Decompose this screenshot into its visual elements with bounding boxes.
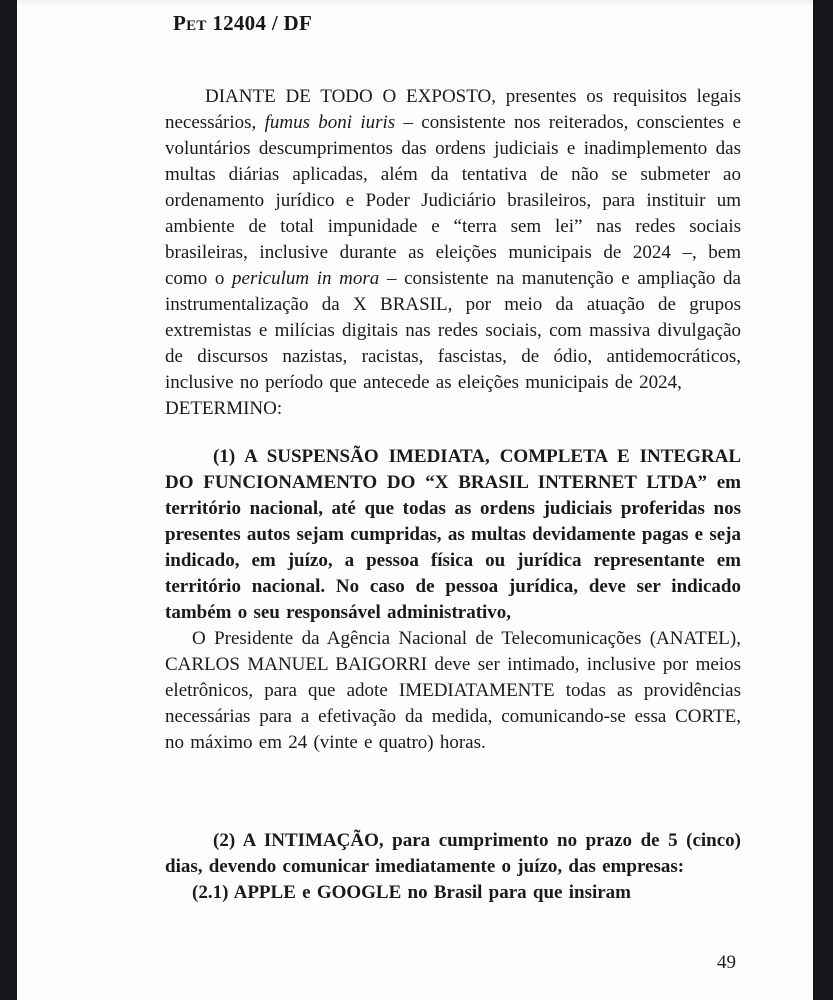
- main-text-block: DIANTE DE TODO O EXPOSTO, presentes os r…: [165, 84, 741, 422]
- order-item-2: (2) A INTIMAÇÃO, para cumprimento no pra…: [165, 828, 741, 880]
- document-page: Pet 12404 / DF DIANTE DE TODO O EXPOSTO,…: [17, 0, 813, 1000]
- order-item-1-detail: O Presidente da Agência Nacional de Tele…: [165, 626, 741, 756]
- paragraph-main: DIANTE DE TODO O EXPOSTO, presentes os r…: [165, 84, 741, 396]
- right-dark-border: [813, 0, 833, 1000]
- order-block-1: (1) A SUSPENSÃO IMEDIATA, COMPLETA E INT…: [165, 444, 741, 756]
- determino-line: DETERMINO:: [165, 396, 741, 422]
- order-item-2-1: (2.1) APPLE e GOOGLE no Brasil para que …: [165, 880, 741, 906]
- latin-term-fumus-boni-iuris: fumus boni iuris: [265, 112, 396, 133]
- case-caption: Pet 12404 / DF: [173, 11, 312, 36]
- left-dark-border: [0, 0, 17, 1000]
- order-block-2: (2) A INTIMAÇÃO, para cumprimento no pra…: [165, 828, 741, 906]
- latin-term-periculum-in-mora: periculum in mora: [232, 268, 379, 289]
- main-text-segment: – consistente nos reiterados, consciente…: [165, 112, 741, 289]
- page-number: 49: [717, 952, 736, 974]
- order-item-1: (1) A SUSPENSÃO IMEDIATA, COMPLETA E INT…: [165, 444, 741, 626]
